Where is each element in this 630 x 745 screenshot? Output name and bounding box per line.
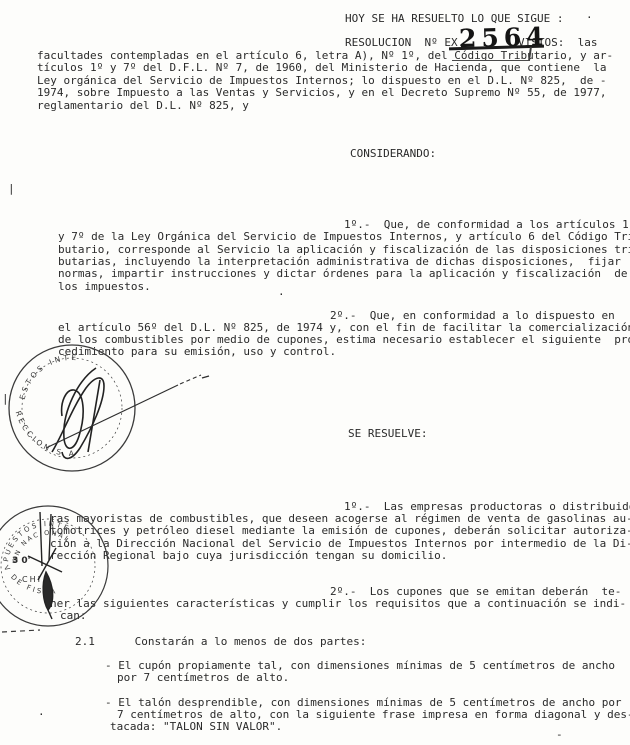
seal-direccion-nacional: PUESTOS INTE ON NACIONAL V DE FISCA 3 0'…: [0, 506, 108, 632]
seal2-date-stamp: 3 0': [12, 556, 30, 566]
scanned-resolution-page: HOY SE HA RESUELTO LO QUE SIGUE :·RESOLU…: [0, 0, 630, 745]
seal1-arc-bottom-text: RECCION S A: [14, 410, 77, 458]
seal-impuestos-internos: ESTOS INTE RECCION S A: [9, 345, 209, 471]
signature-scribble: [52, 368, 104, 458]
dashed-mark: [2, 630, 40, 632]
stamps-overlay: ESTOS INTE RECCION S A PUESTO: [0, 0, 630, 745]
seal1-arc-top-text: ESTOS INTE: [18, 353, 80, 401]
